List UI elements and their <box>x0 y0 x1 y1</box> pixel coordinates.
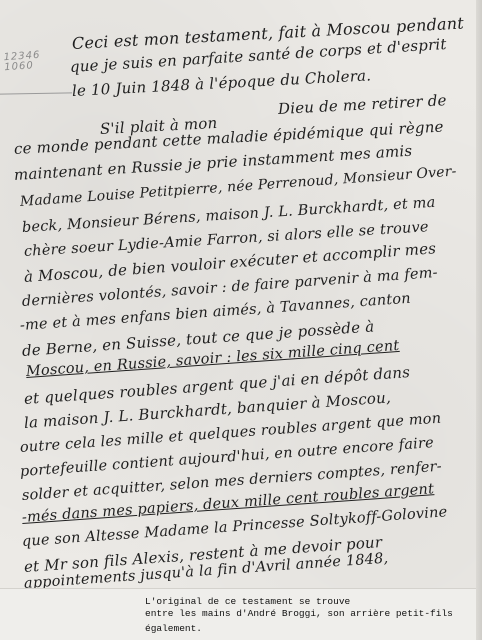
typed-provenance-note: L'original de ce testament se trouve ent… <box>145 596 453 635</box>
scan-edge <box>476 0 482 640</box>
typed-note-line: entre les mains d'André Broggi, son arri… <box>145 608 453 620</box>
margin-number-2: 1060 <box>4 61 41 74</box>
handwritten-line: Dieu de me retirer de <box>278 91 448 118</box>
margin-reference-number: 12346 1060 <box>3 51 41 74</box>
typed-note-line: L'original de ce testament se trouve <box>145 596 453 608</box>
margin-divider <box>0 92 72 94</box>
scanned-page: 12346 1060 Ceci est mon testament, fait … <box>0 0 482 640</box>
typed-note-line: également. <box>145 623 453 635</box>
